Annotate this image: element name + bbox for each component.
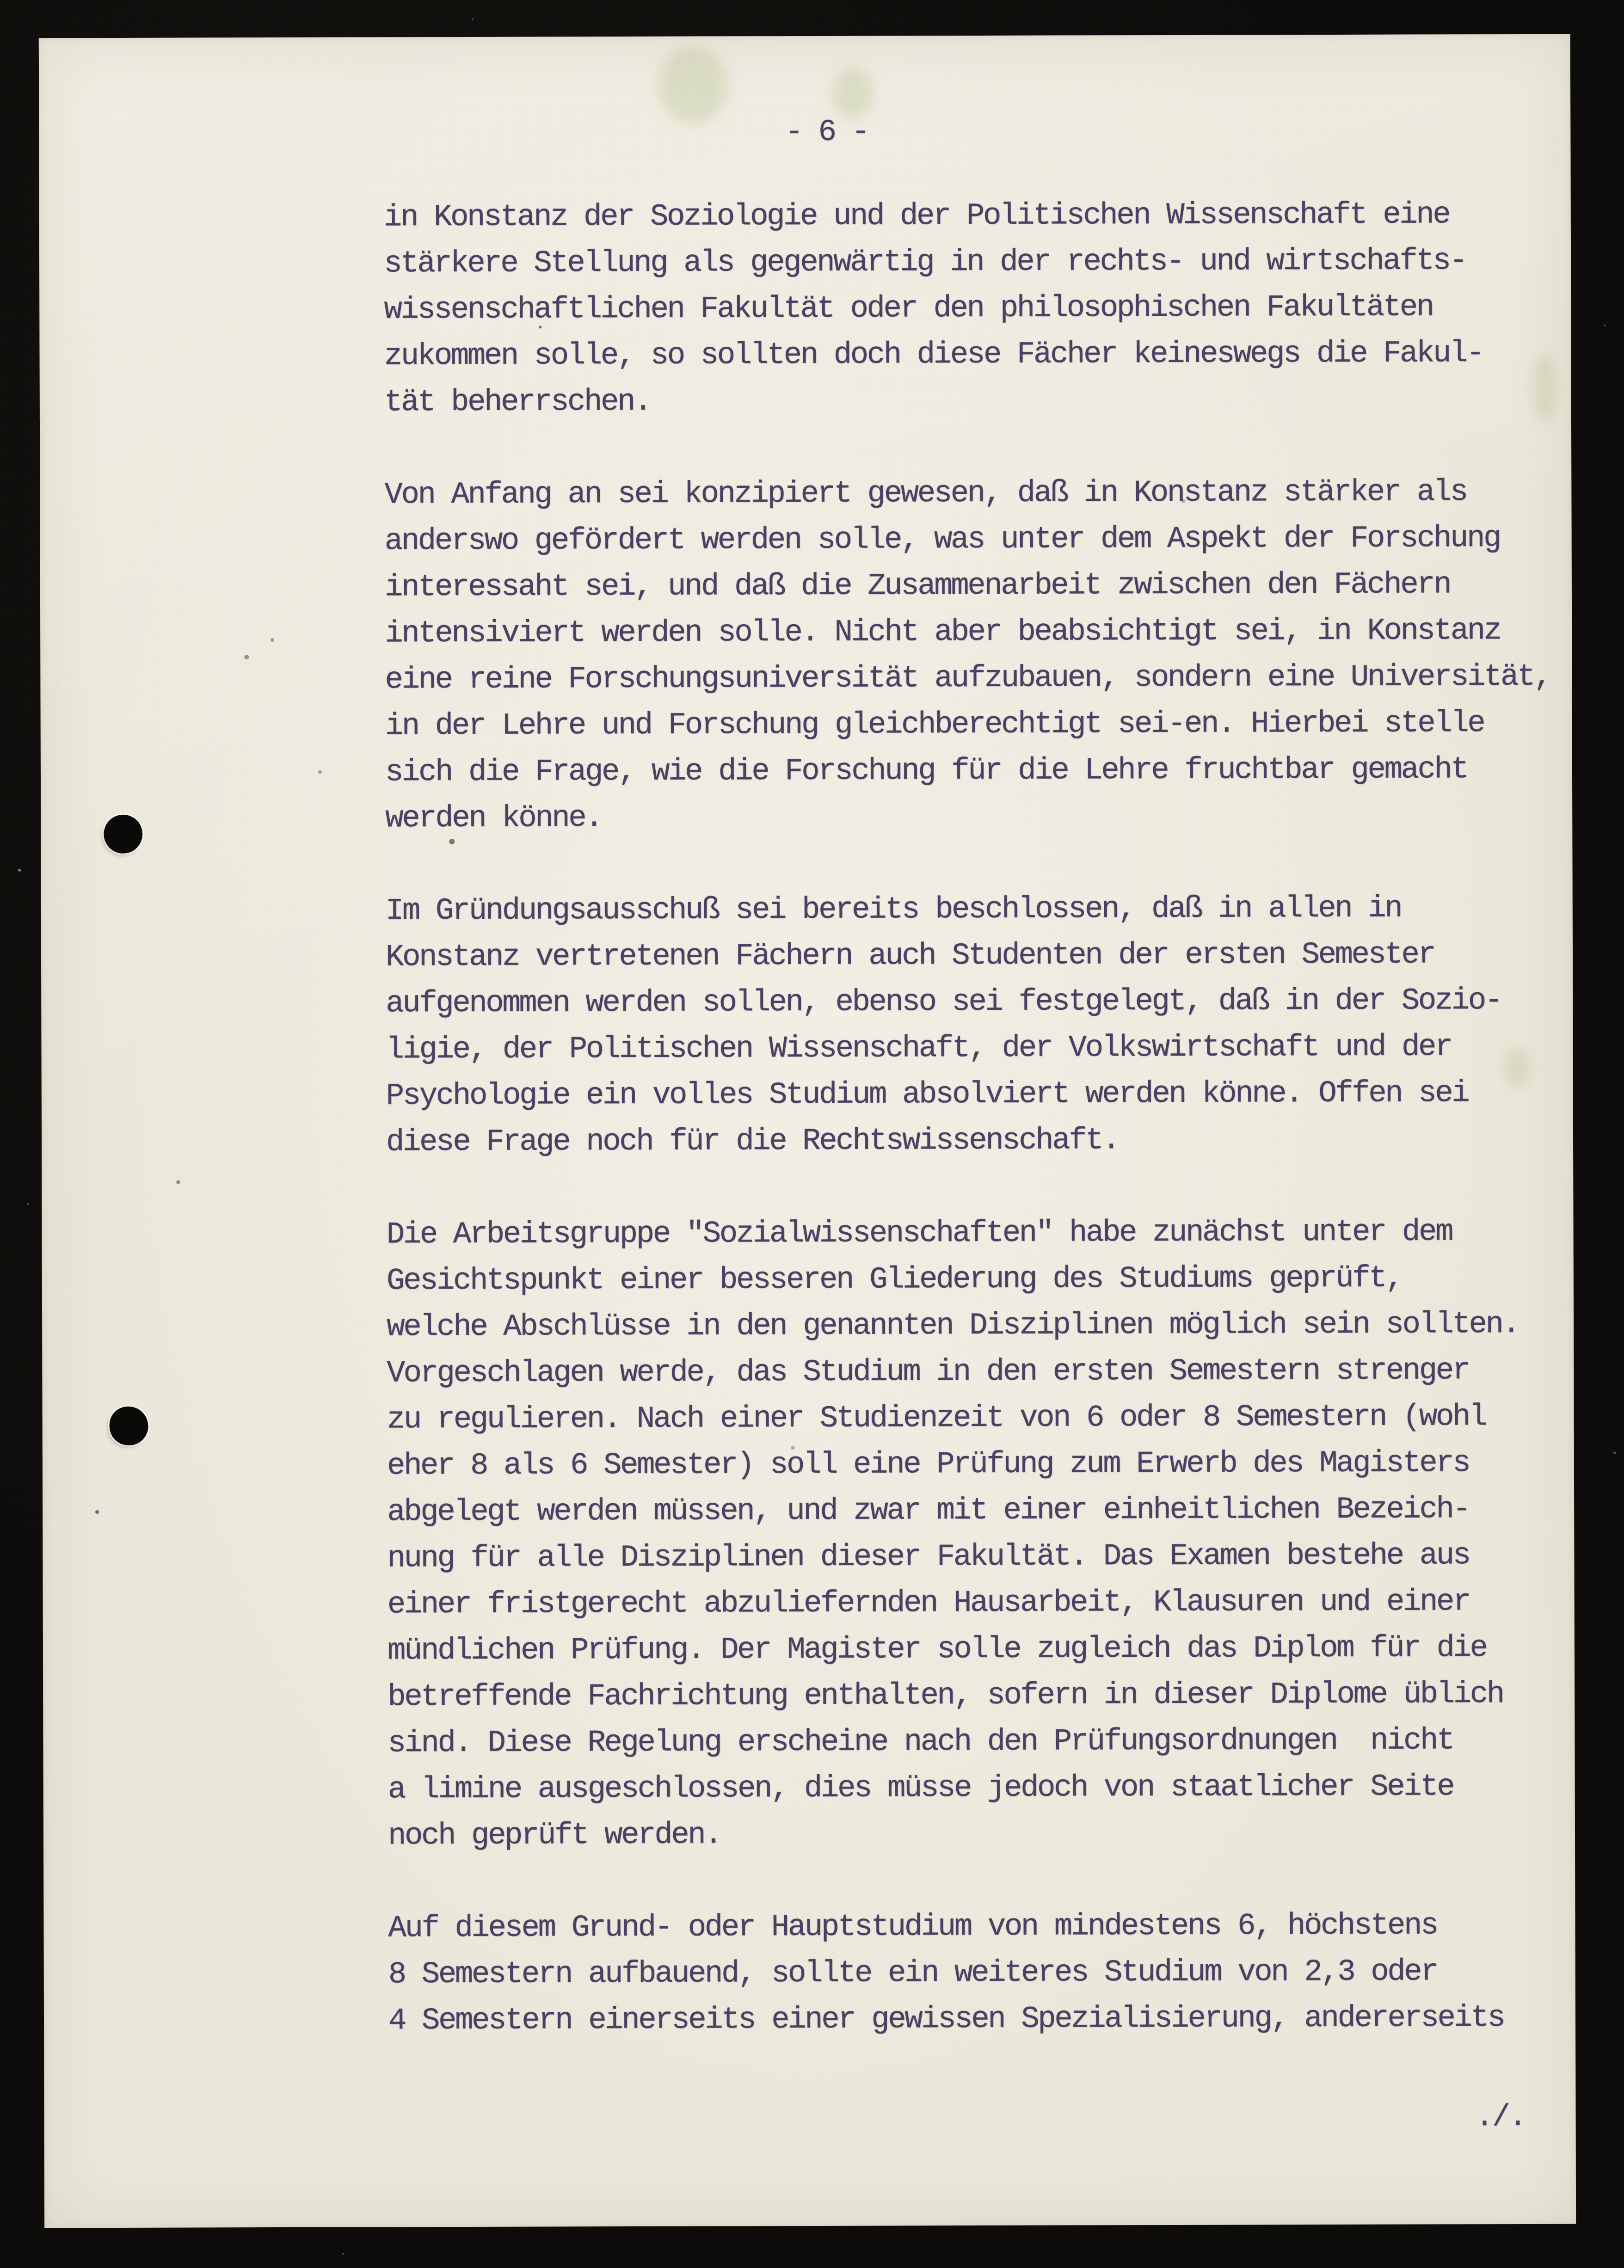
dust-specks-border <box>0 0 2 2</box>
text-line: intensiviert werden solle. Nicht aber be… <box>385 608 1569 657</box>
text-line: Gesichtspunkt einer besseren Gliederung … <box>387 1255 1570 1304</box>
text-line: nung für alle Disziplinen dieser Fakultä… <box>387 1532 1571 1582</box>
text-line: eine reine Forschungsuniversität aufzuba… <box>385 654 1569 703</box>
text-line: sind. Diese Regelung erscheine nach den … <box>388 1717 1571 1767</box>
text-line: Konstanz vertretenen Fächern auch Studen… <box>386 931 1569 981</box>
continuation-mark: ./. <box>1475 2094 1525 2140</box>
text-line: zukommen solle, so sollten doch diese Fä… <box>384 330 1568 380</box>
text-line: mündlichen Prüfung. Der Magister solle z… <box>388 1625 1571 1674</box>
text-line: a limine ausgeschlossen, dies müsse jedo… <box>388 1764 1572 1813</box>
text-line: zu regulieren. Nach einer Studienzeit vo… <box>387 1394 1571 1443</box>
scan-background: - 6 - in Konstanz der Soziologie und der… <box>0 0 1624 2268</box>
text-line: diese Frage noch für die Rechtswissensch… <box>386 1116 1570 1166</box>
dust-specks-paper <box>39 38 42 41</box>
text-line: abgelegt werden müssen, und zwar mit ein… <box>387 1486 1571 1536</box>
text-line: Von Anfang an sei konzipiert gewesen, da… <box>384 469 1568 518</box>
punch-hole-bottom <box>110 1407 148 1445</box>
paragraph: Die Arbeitsgruppe "Sozialwissenschaften"… <box>386 1209 1572 1859</box>
paragraph: Im Gründungsausschuß sei bereits beschlo… <box>386 885 1570 1166</box>
text-line: in Konstanz der Soziologie und der Polit… <box>384 191 1568 241</box>
paragraph: in Konstanz der Soziologie und der Polit… <box>384 191 1568 426</box>
text-line: Die Arbeitsgruppe "Sozialwissenschaften"… <box>386 1209 1570 1258</box>
text-line: 4 Semestern einerseits einer gewissen Sp… <box>388 1995 1572 2044</box>
punch-hole-top <box>104 815 142 854</box>
text-line: Vorgeschlagen werde, das Studium in den … <box>387 1347 1570 1397</box>
text-line: Psychologie ein volles Studium absolvier… <box>386 1070 1570 1119</box>
ink-bleed-ghost <box>658 45 728 124</box>
text-line: sich die Frage, wie die Forschung für di… <box>385 746 1569 796</box>
text-line: einer fristgerecht abzuliefernden Hausar… <box>388 1579 1571 1628</box>
text-line: tät beherrschen. <box>384 376 1568 426</box>
text-line: stärkere Stellung als gegenwärtig in der… <box>384 238 1568 287</box>
text-line: eher 8 als 6 Semester) soll eine Prüfung… <box>387 1440 1571 1489</box>
text-line: interessaht sei, und daß die Zusammenarb… <box>385 561 1569 611</box>
paragraph: Von Anfang an sei konzipiert gewesen, da… <box>384 469 1569 842</box>
text-line: betreffende Fachrichtung enthalten, sofe… <box>388 1671 1571 1721</box>
text-line: in der Lehre und Forschung gleichberecht… <box>385 700 1569 750</box>
text-line: wissenschaftlichen Fakultät oder den phi… <box>384 284 1568 333</box>
text-line: ligie, der Politischen Wissenschaft, der… <box>386 1024 1569 1073</box>
text-block: in Konstanz der Soziologie und der Polit… <box>384 191 1572 2044</box>
text-line: Auf diesem Grund- oder Hauptstudium von … <box>388 1902 1572 1952</box>
page-number: - 6 - <box>785 109 868 155</box>
text-line: aufgenommen werden sollen, ebenso sei fe… <box>386 977 1569 1027</box>
document-page: - 6 - in Konstanz der Soziologie und der… <box>39 34 1576 2228</box>
text-line: anderswo gefördert werden solle, was unt… <box>385 515 1569 565</box>
text-line: welche Abschlüsse in den genannten Diszi… <box>387 1301 1570 1351</box>
text-line: 8 Semestern aufbauend, sollte ein weiter… <box>388 1948 1572 1998</box>
paragraph: Auf diesem Grund- oder Hauptstudium von … <box>388 1902 1572 2044</box>
text-line: werden könne. <box>385 793 1569 842</box>
text-line: noch geprüft werden. <box>388 1810 1572 1859</box>
text-line: Im Gründungsausschuß sei bereits beschlo… <box>386 885 1569 934</box>
